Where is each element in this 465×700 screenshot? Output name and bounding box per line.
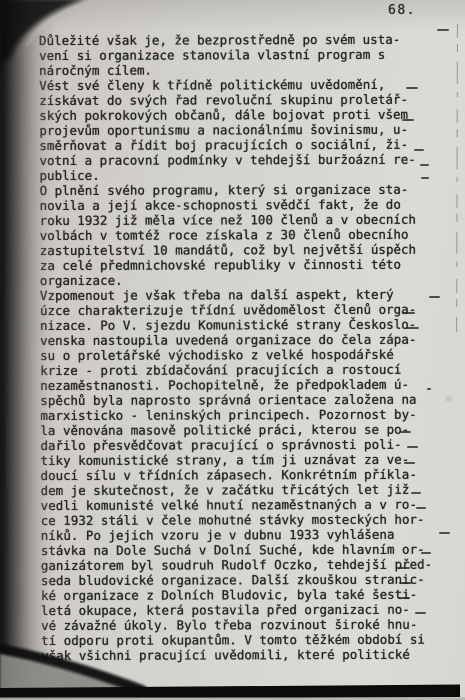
stray-mark xyxy=(398,567,410,569)
stray-mark xyxy=(429,296,440,298)
stray-mark xyxy=(439,532,450,534)
stray-mark xyxy=(400,431,411,433)
stray-mark xyxy=(421,552,431,554)
scanned-page: 68. Důležité však je, že bezprostředně p… xyxy=(0,0,465,700)
stray-mark xyxy=(407,446,418,448)
stray-mark xyxy=(406,87,418,89)
stray-marks xyxy=(0,0,465,700)
stray-mark xyxy=(398,597,410,599)
stray-mark xyxy=(414,149,424,151)
stray-mark xyxy=(404,462,415,464)
stray-mark xyxy=(411,492,421,494)
stray-mark xyxy=(415,612,426,614)
stray-mark xyxy=(437,29,449,31)
stray-mark xyxy=(399,582,412,584)
stray-mark xyxy=(420,164,429,166)
screenshot-root: { "document": { "page_number": "68.", "l… xyxy=(0,0,465,700)
stray-mark xyxy=(402,119,414,121)
stray-mark xyxy=(427,388,431,390)
stray-mark xyxy=(421,177,429,179)
stray-mark xyxy=(416,507,426,509)
stray-mark xyxy=(406,327,419,329)
stray-mark xyxy=(402,312,415,314)
